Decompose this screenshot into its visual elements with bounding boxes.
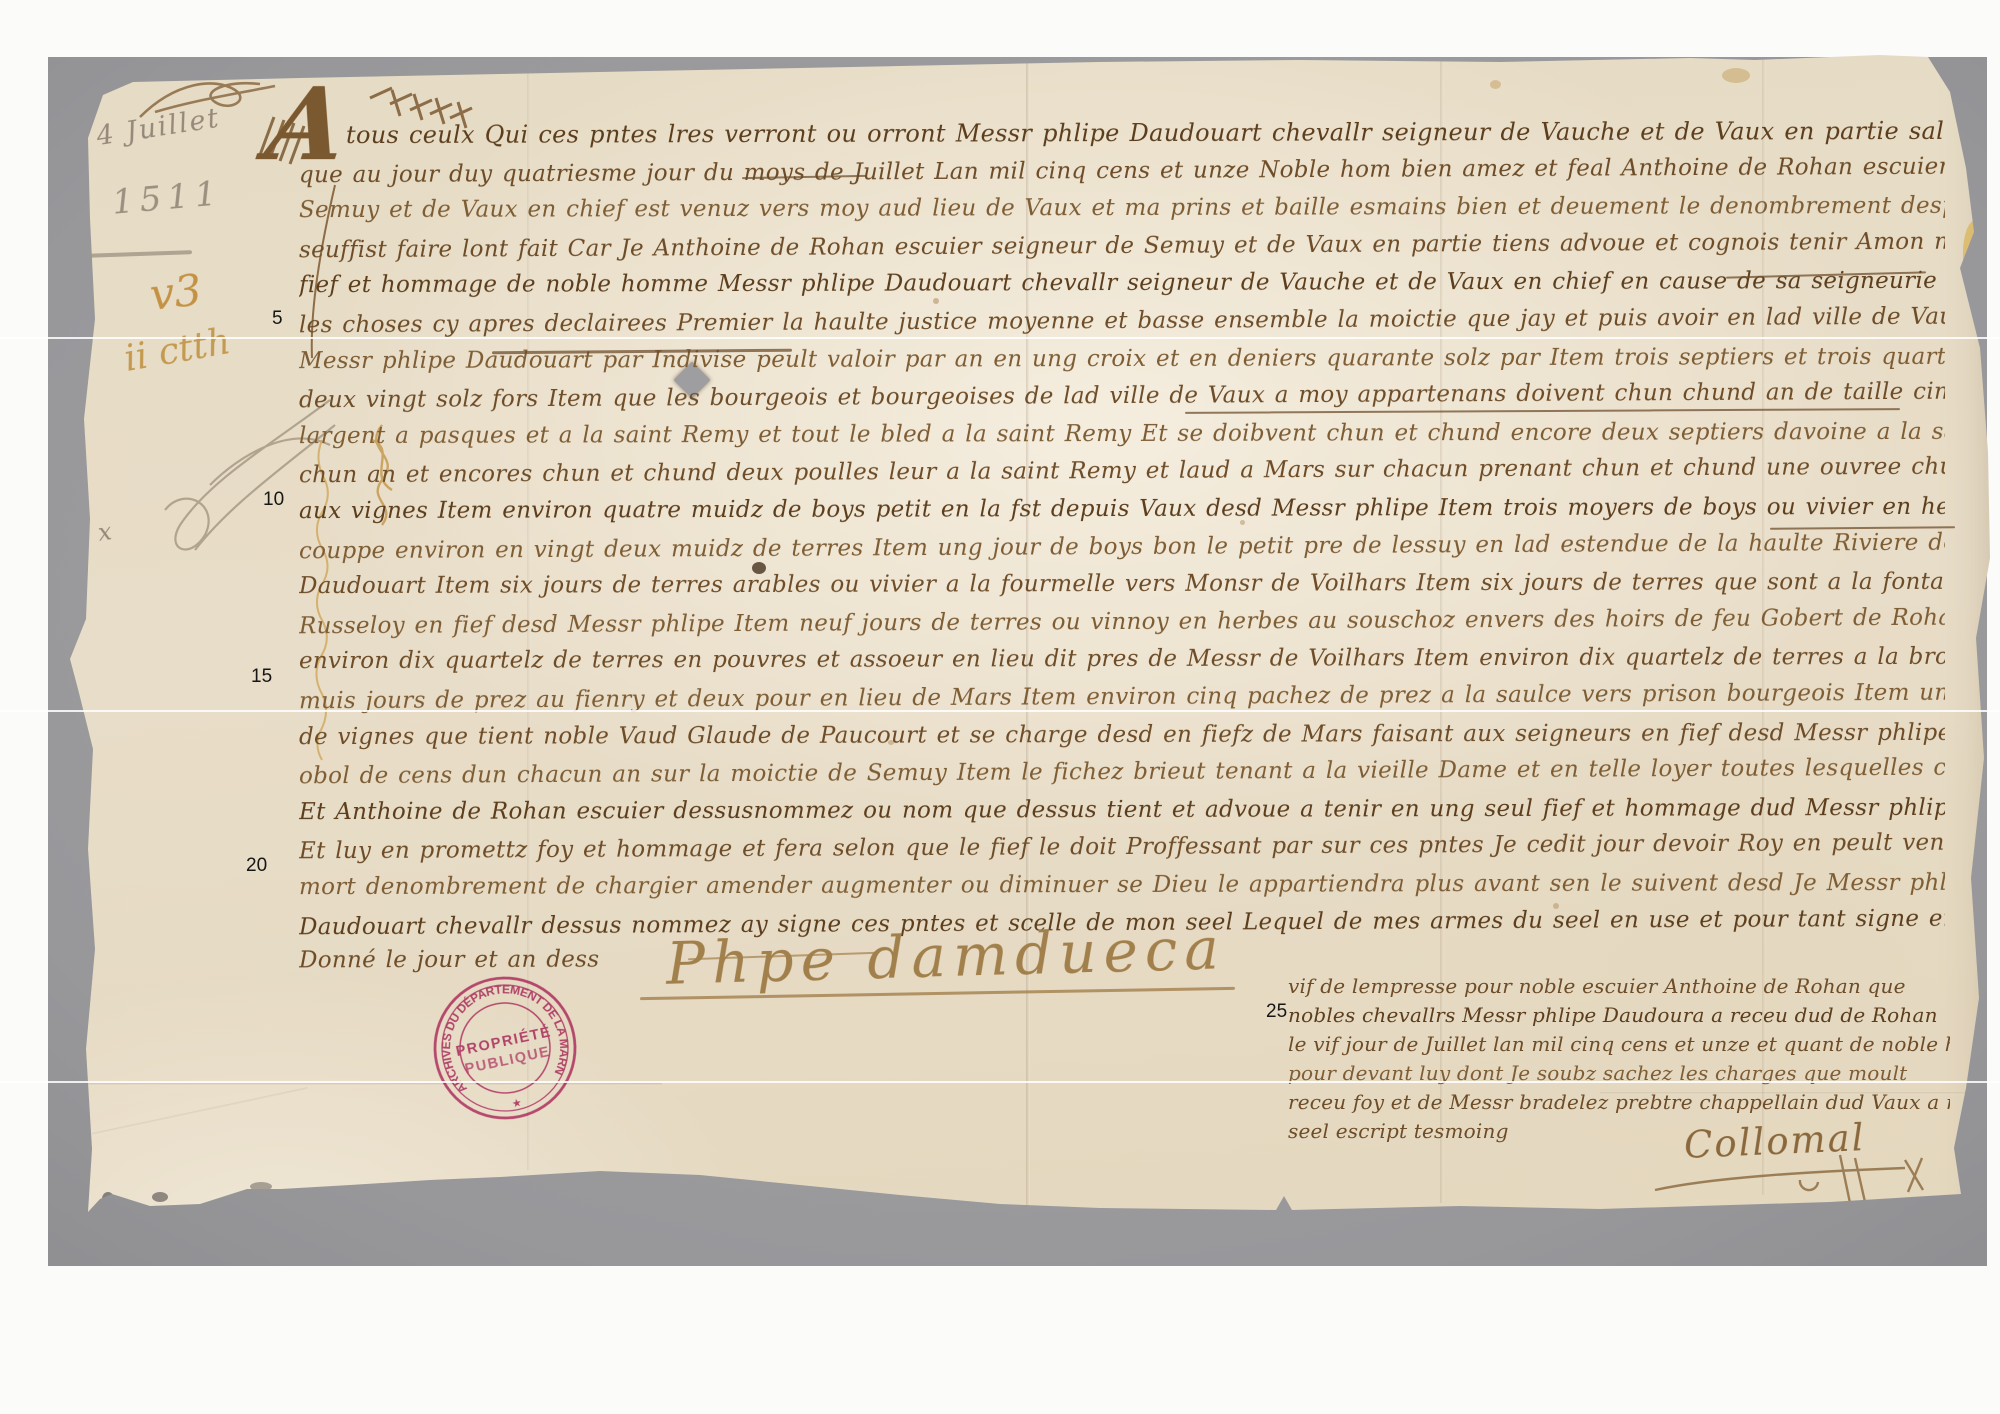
manuscript-line: largent a pasques et a la saint Remy et … xyxy=(299,416,1945,456)
stamp-star: ★ xyxy=(511,1097,523,1111)
manuscript-line: muis jours de prez au fienry et deux pou… xyxy=(299,677,1945,722)
manuscript-line: tous ceulx Qui ces pntes lres verront ou… xyxy=(346,115,1945,155)
stain xyxy=(1722,68,1750,83)
pencil-dash xyxy=(86,250,192,258)
manuscript-line: Semuy et de Vaux en chief est venuz vers… xyxy=(299,190,1945,230)
manuscript-line: obol de cens dun chacun an sur la moicti… xyxy=(299,752,1945,797)
archive-stamp: ARCHIVES DU DÉPARTEMENT DE LA MARNE ★ PR… xyxy=(404,947,606,1149)
margin-note-shelfmark: v3 xyxy=(148,265,205,320)
scan-page: { "archive_stamp": { "ring_text": "ARCHI… xyxy=(0,0,2000,1414)
margin-note-year: 1511 xyxy=(110,173,224,222)
manuscript-line: couppe environ en vingt deux muidz de te… xyxy=(299,527,1945,572)
line-number-10: 10 xyxy=(263,489,284,511)
manuscript-line: de vignes que tient noble Vaud Glaude de… xyxy=(299,717,1945,757)
manuscript-line: chun an et encores chun et chund deux po… xyxy=(299,451,1945,496)
line-number-25: 25 xyxy=(1266,1001,1287,1023)
white-ruling-line xyxy=(0,337,2000,339)
manuscript-line: seuffist faire lont fait Car Je Anthoine… xyxy=(299,226,1945,271)
notary-block-line: vif de lempresse pour noble escuier Anth… xyxy=(1288,972,1950,1002)
manuscript-line: fief et hommage de noble homme Messr phl… xyxy=(299,265,1945,305)
line-number-15: 15 xyxy=(251,666,272,688)
margin-note-cross: x xyxy=(96,517,113,547)
line-number-20: 20 xyxy=(246,855,267,877)
white-ruling-line xyxy=(0,1081,2000,1083)
notary-block-line: seel escript tesmoing xyxy=(1288,1117,1588,1147)
manuscript-line: Messr phlipe Daudouart par Indivise peul… xyxy=(299,341,1945,381)
crease xyxy=(92,1087,308,1136)
manuscript-line: environ dix quartelz de terres en pouvre… xyxy=(299,641,1945,681)
margin-note-ochre: ii ctth xyxy=(121,321,233,380)
manuscript-line: mort denombrement de chargier amender au… xyxy=(299,867,1945,907)
manuscript-line: Daudouart Item six jours de terres arabl… xyxy=(299,566,1945,606)
manuscript-line: Et Anthoine de Rohan escuier dessusnomme… xyxy=(299,792,1945,832)
manuscript-line: Et luy en promettz foy et hommage et fer… xyxy=(299,827,1945,872)
manuscript-line: aux vignes Item environ quatre muidz de … xyxy=(299,491,1945,531)
stain xyxy=(1490,80,1501,89)
manuscript-line: deux vingt solz fors Item que les bourge… xyxy=(299,376,1945,421)
notary-block-line: pour devant luy dont Je soubz sachez les… xyxy=(1288,1059,1950,1089)
line-number-5: 5 xyxy=(272,308,283,330)
notary-block-line: receu foy et de Messr bradelez prebtre c… xyxy=(1288,1088,1950,1118)
notary-block-line: le vif jour de Juillet lan mil cinq cens… xyxy=(1288,1030,1950,1060)
manuscript-line: que au jour duy quatriesme jour du moys … xyxy=(299,151,1945,196)
white-ruling-line xyxy=(0,710,2000,712)
manuscript-line: Russeloy en fief desd Messr phlipe Item … xyxy=(299,602,1945,647)
stain xyxy=(152,1192,168,1202)
notary-block-line: nobles chevallrs Messr phlipe Daudoura a… xyxy=(1288,1001,1950,1031)
